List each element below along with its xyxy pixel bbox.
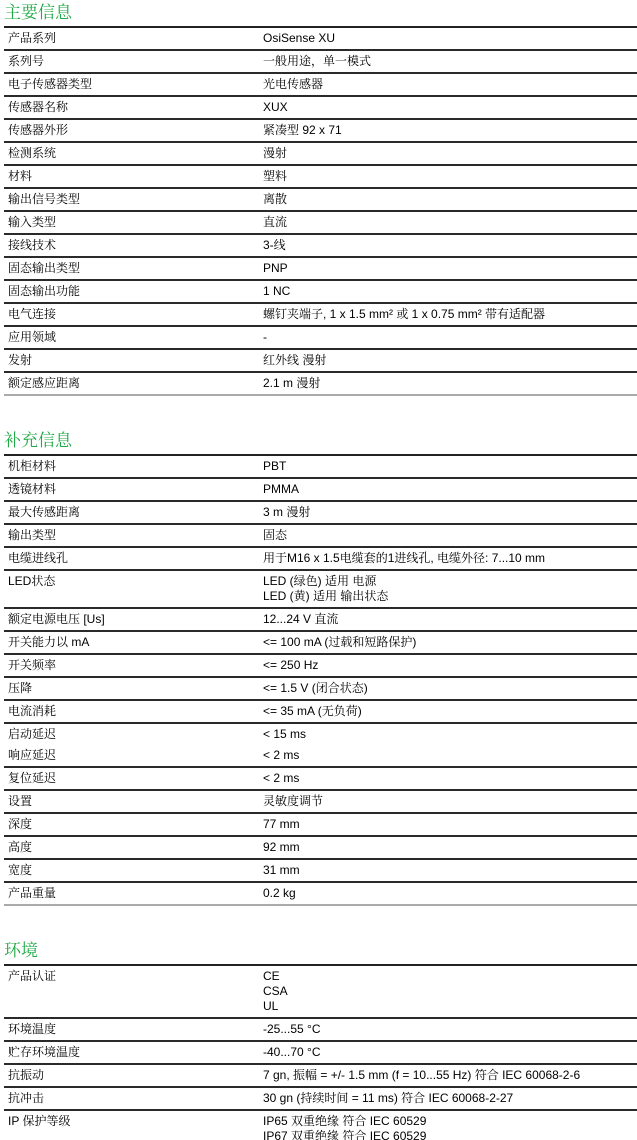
row-value: IP65 双重绝缘 符合 IEC 60529 IP67 双重绝缘 符合 IEC … [263, 1111, 637, 1140]
row-label: 最大传感距离 [4, 502, 263, 523]
row-value: CE CSA UL [263, 966, 637, 1017]
table-row: 材料塑料 [4, 166, 637, 189]
row-value: < 15 ms [263, 724, 637, 745]
row-label: 深度 [4, 814, 263, 835]
row-label: 应用领域 [4, 327, 263, 348]
row-label: 输出类型 [4, 525, 263, 546]
table-row: 最大传感距离3 m 漫射 [4, 502, 637, 525]
table-row: 机柜材料PBT [4, 456, 637, 479]
table-row: 输出信号类型离散 [4, 189, 637, 212]
row-label: 输入类型 [4, 212, 263, 233]
table-row: 复位延迟< 2 ms [4, 768, 637, 791]
table-row: 产品重量0.2 kg [4, 883, 637, 906]
row-value: 塑料 [263, 166, 637, 187]
row-value: PMMA [263, 479, 637, 500]
row-label: 环境温度 [4, 1019, 263, 1040]
table-row: 启动延迟< 15 ms [4, 724, 637, 745]
row-label: 抗冲击 [4, 1088, 263, 1109]
row-label: 产品重量 [4, 883, 263, 904]
row-value: 紧凑型 92 x 71 [263, 120, 637, 141]
table-row: 抗振动7 gn, 振幅 = +/- 1.5 mm (f = 10...55 Hz… [4, 1065, 637, 1088]
section-heading: 主要信息 [4, 0, 637, 26]
table-row: 电子传感器类型光电传感器 [4, 74, 637, 97]
row-value: 离散 [263, 189, 637, 210]
table-row: LED状态LED (绿色) 适用 电源 LED (黄) 适用 输出状态 [4, 571, 637, 609]
table-row: 传感器外形紧凑型 92 x 71 [4, 120, 637, 143]
table-row: 电气连接螺钉夹端子, 1 x 1.5 mm² 或 1 x 0.75 mm² 带有… [4, 304, 637, 327]
row-value: -25...55 °C [263, 1019, 637, 1040]
row-label: 额定感应距离 [4, 373, 263, 394]
row-value: 7 gn, 振幅 = +/- 1.5 mm (f = 10...55 Hz) 符… [263, 1065, 637, 1086]
row-value: 直流 [263, 212, 637, 233]
row-value: 一般用途，单一模式 [263, 51, 637, 72]
table-row: 输出类型固态 [4, 525, 637, 548]
row-value: 固态 [263, 525, 637, 546]
table-row: IP 保护等级IP65 双重绝缘 符合 IEC 60529 IP67 双重绝缘 … [4, 1111, 637, 1140]
row-label: 启动延迟 [4, 724, 263, 745]
table-row: 额定电源电压 [Us]12...24 V 直流 [4, 609, 637, 632]
table-row: 系列号一般用途，单一模式 [4, 51, 637, 74]
table-row: 高度92 mm [4, 837, 637, 860]
table-row: 开关频率<= 250 Hz [4, 655, 637, 678]
row-label: 检测系统 [4, 143, 263, 164]
row-value: <= 250 Hz [263, 655, 637, 676]
row-label: 响应延迟 [4, 745, 263, 766]
table-row: 电缆进线孔用于M16 x 1.5电缆套的1进线孔, 电缆外径: 7...10 m… [4, 548, 637, 571]
section-environment: 环境 产品认证CE CSA UL 环境温度-25...55 °C 贮存环境温度-… [0, 938, 637, 1140]
row-label: 电流消耗 [4, 701, 263, 722]
row-label: 固态输出功能 [4, 281, 263, 302]
row-label: LED状态 [4, 571, 263, 607]
row-label: 电子传感器类型 [4, 74, 263, 95]
row-value: 12...24 V 直流 [263, 609, 637, 630]
row-label: 开关频率 [4, 655, 263, 676]
section-main-info: 主要信息 产品系列OsiSense XU 系列号一般用途，单一模式 电子传感器类… [0, 0, 637, 396]
row-label: 传感器外形 [4, 120, 263, 141]
spec-table: 机柜材料PBT 透镜材料PMMA 最大传感距离3 m 漫射 输出类型固态 电缆进… [4, 454, 637, 906]
table-row: 额定感应距离2.1 m 漫射 [4, 373, 637, 396]
row-value: 1 NC [263, 281, 637, 302]
table-row: 固态输出功能1 NC [4, 281, 637, 304]
row-value: <= 100 mA (过载和短路保护) [263, 632, 637, 653]
row-value: 77 mm [263, 814, 637, 835]
table-row: 开关能力以 mA<= 100 mA (过载和短路保护) [4, 632, 637, 655]
row-value: <= 1.5 V (闭合状态) [263, 678, 637, 699]
row-label: 高度 [4, 837, 263, 858]
row-value: 31 mm [263, 860, 637, 881]
row-value: 红外线 漫射 [263, 350, 637, 371]
row-label: 机柜材料 [4, 456, 263, 477]
row-label: 输出信号类型 [4, 189, 263, 210]
row-value: 螺钉夹端子, 1 x 1.5 mm² 或 1 x 0.75 mm² 带有适配器 [263, 304, 637, 325]
table-row: 贮存环境温度-40...70 °C [4, 1042, 637, 1065]
row-value: 0.2 kg [263, 883, 637, 904]
spec-table: 产品系列OsiSense XU 系列号一般用途，单一模式 电子传感器类型光电传感… [4, 26, 637, 396]
row-label: 产品认证 [4, 966, 263, 1017]
table-row: 电流消耗<= 35 mA (无负荷) [4, 701, 637, 724]
row-label: 抗振动 [4, 1065, 263, 1086]
row-label: 发射 [4, 350, 263, 371]
section-additional-info: 补充信息 机柜材料PBT 透镜材料PMMA 最大传感距离3 m 漫射 输出类型固… [0, 428, 637, 906]
table-row: 压降<= 1.5 V (闭合状态) [4, 678, 637, 701]
row-label: 设置 [4, 791, 263, 812]
table-row: 检测系统漫射 [4, 143, 637, 166]
row-value: 3 m 漫射 [263, 502, 637, 523]
row-value: <= 35 mA (无负荷) [263, 701, 637, 722]
row-value: XUX [263, 97, 637, 118]
table-row: 宽度31 mm [4, 860, 637, 883]
row-value: PBT [263, 456, 637, 477]
row-value: LED (绿色) 适用 电源 LED (黄) 适用 输出状态 [263, 571, 637, 607]
row-value: < 2 ms [263, 745, 637, 766]
table-row: 输入类型直流 [4, 212, 637, 235]
row-label: 接线技术 [4, 235, 263, 256]
table-row: 响应延迟< 2 ms [4, 745, 637, 768]
row-label: 电缆进线孔 [4, 548, 263, 569]
table-row: 产品认证CE CSA UL [4, 966, 637, 1019]
row-value: 92 mm [263, 837, 637, 858]
table-row: 接线技术3-线 [4, 235, 637, 258]
row-value: 用于M16 x 1.5电缆套的1进线孔, 电缆外径: 7...10 mm [263, 548, 637, 569]
table-row: 透镜材料PMMA [4, 479, 637, 502]
row-label: 系列号 [4, 51, 263, 72]
table-row: 传感器名称XUX [4, 97, 637, 120]
row-label: 开关能力以 mA [4, 632, 263, 653]
row-value: 灵敏度调节 [263, 791, 637, 812]
table-row: 环境温度-25...55 °C [4, 1019, 637, 1042]
row-label: IP 保护等级 [4, 1111, 263, 1140]
row-label: 固态输出类型 [4, 258, 263, 279]
row-value: 3-线 [263, 235, 637, 256]
table-row: 深度77 mm [4, 814, 637, 837]
spec-table: 产品认证CE CSA UL 环境温度-25...55 °C 贮存环境温度-40.… [4, 964, 637, 1140]
table-row: 设置灵敏度调节 [4, 791, 637, 814]
row-label: 产品系列 [4, 28, 263, 49]
table-row: 应用领域- [4, 327, 637, 350]
row-label: 透镜材料 [4, 479, 263, 500]
row-label: 贮存环境温度 [4, 1042, 263, 1063]
section-heading: 补充信息 [4, 428, 637, 454]
table-row: 发射红外线 漫射 [4, 350, 637, 373]
row-label: 额定电源电压 [Us] [4, 609, 263, 630]
row-label: 宽度 [4, 860, 263, 881]
row-label: 复位延迟 [4, 768, 263, 789]
row-label: 压降 [4, 678, 263, 699]
row-value: OsiSense XU [263, 28, 637, 49]
table-row: 产品系列OsiSense XU [4, 28, 637, 51]
table-row: 固态输出类型PNP [4, 258, 637, 281]
row-label: 电气连接 [4, 304, 263, 325]
row-value: - [263, 327, 637, 348]
row-value: 漫射 [263, 143, 637, 164]
row-value: PNP [263, 258, 637, 279]
row-value: 2.1 m 漫射 [263, 373, 637, 394]
row-value: 30 gn (持续时间 = 11 ms) 符合 IEC 60068-2-27 [263, 1088, 637, 1109]
section-heading: 环境 [4, 938, 637, 964]
table-row: 抗冲击30 gn (持续时间 = 11 ms) 符合 IEC 60068-2-2… [4, 1088, 637, 1111]
row-value: 光电传感器 [263, 74, 637, 95]
row-label: 材料 [4, 166, 263, 187]
row-value: -40...70 °C [263, 1042, 637, 1063]
row-value: < 2 ms [263, 768, 637, 789]
row-label: 传感器名称 [4, 97, 263, 118]
